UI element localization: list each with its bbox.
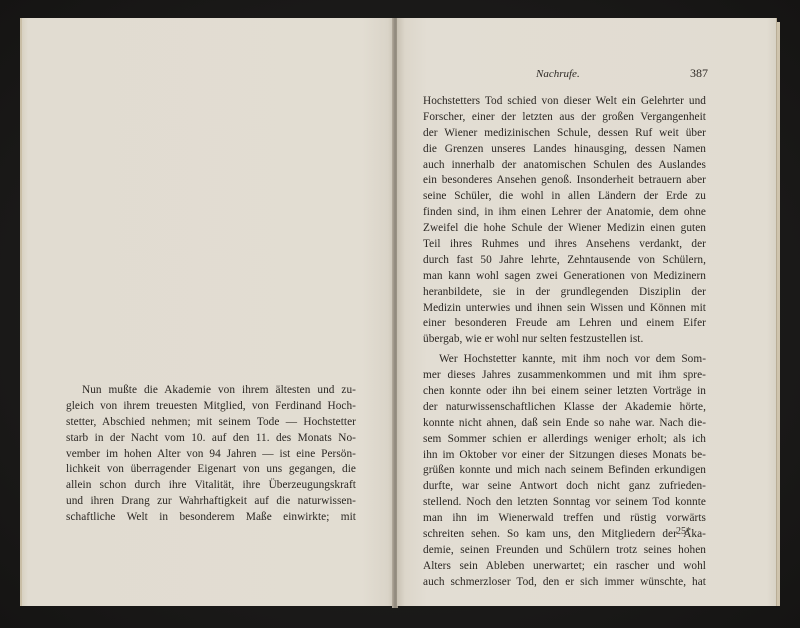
text-line: allein schon durch ihre Vitalität, ihre … (66, 478, 356, 494)
text-line: Nun mußte die Akademie von ihrem älteste… (66, 383, 356, 399)
text-line: Forscher, einer der letzten aus der groß… (423, 110, 706, 126)
page-edge-stack (777, 22, 780, 606)
text-line: der Wiener medizinischen Schule, dessen … (423, 126, 706, 142)
signature-mark: 25* (676, 526, 691, 537)
text-line: stetter, Abschied nehmen; mit seinem Tod… (66, 415, 356, 431)
text-line: Medizin unterwies und ihnen sein Wissen … (423, 301, 706, 317)
page-number: 387 (690, 66, 708, 81)
text-line: übergab, wie er wohl nur selten festzust… (423, 332, 706, 348)
text-line: Alters sein Ableben unerwartet; ein rasc… (423, 559, 706, 575)
text-line: Teil ihres Ruhmes und ihres Ansehens ver… (423, 237, 706, 253)
text-line: schaftliche Welt in besonderem Maße einw… (66, 510, 356, 526)
running-head: Nachrufe. (536, 68, 580, 80)
text-line: seine Schüler, die wohl in allen Ländern… (423, 189, 706, 205)
text-line: vember im hohen Alter von 94 Jahren — is… (66, 447, 356, 463)
text-line: mer dieses Jahres zusammenkommen und mit… (423, 368, 706, 384)
text-line: auch innerhalb der anatomischen Schulen … (423, 158, 706, 174)
text-line: konnte nicht ahnen, daß sein Ende so nah… (423, 416, 706, 432)
text-line: heranbildete, sie in der grundlegenden D… (423, 285, 706, 301)
text-line: durch fast 50 Jahre lehrte, Zehntausende… (423, 253, 706, 269)
text-line: chen konnte oder ihn bei einem seiner le… (423, 384, 706, 400)
text-line: auch schmerzloser Tod, den er sich immer… (423, 575, 706, 591)
text-line: Hochstetters Tod schied von dieser Welt … (423, 94, 706, 110)
text-line: gleich von ihrem treuesten Mitglied, von… (66, 399, 356, 415)
text-line: durfte, war seine Antwort doch nicht gan… (423, 479, 706, 495)
text-line: und ihren Drang zur Wahrhaftigkeit auf d… (66, 494, 356, 510)
text-line: einer besonderen Freude am Lehren und ei… (423, 316, 706, 332)
right-page-text: Hochstetters Tod schied von dieser Welt … (423, 94, 706, 591)
left-page-paragraph: Nun mußte die Akademie von ihrem älteste… (66, 383, 356, 526)
text-line: lichkeit von überragender Eigenart von u… (66, 462, 356, 478)
text-line: ihn im Oktober vor einer der Sitzungen d… (423, 448, 706, 464)
text-line: starb in der Nacht vom 10. auf den 11. d… (66, 431, 356, 447)
text-line: man ihn im Wienerwald treffen und rüstig… (423, 511, 706, 527)
text-line: finden sind, in ihm einen Lehrer der Ana… (423, 205, 706, 221)
text-line: schreiten sehen. So kam uns, den Mitglie… (423, 527, 706, 543)
text-line: der naturwissenschaftlichen Klasse der A… (423, 400, 706, 416)
text-line: ein besonderes Ansehen genoß. Insonderhe… (423, 173, 706, 189)
text-line: Zweifel die hohe Schule der Wiener Mediz… (423, 221, 706, 237)
text-line: grüßen konnte und mich nach seinem Befin… (423, 463, 706, 479)
text-line: demie, seinen Freunden und Schülern trot… (423, 543, 706, 559)
text-line: sem Sommer schien er allerdings weniger … (423, 432, 706, 448)
text-line: stellend. Noch den letzten Sonntag vor s… (423, 495, 706, 511)
text-line: Wer Hochstetter kannte, mit ihm noch vor… (423, 352, 706, 368)
text-line: man kann wohl sagen zwei Generationen vo… (423, 269, 706, 285)
text-line: die Grenzen unseres Landes hinausging, d… (423, 142, 706, 158)
